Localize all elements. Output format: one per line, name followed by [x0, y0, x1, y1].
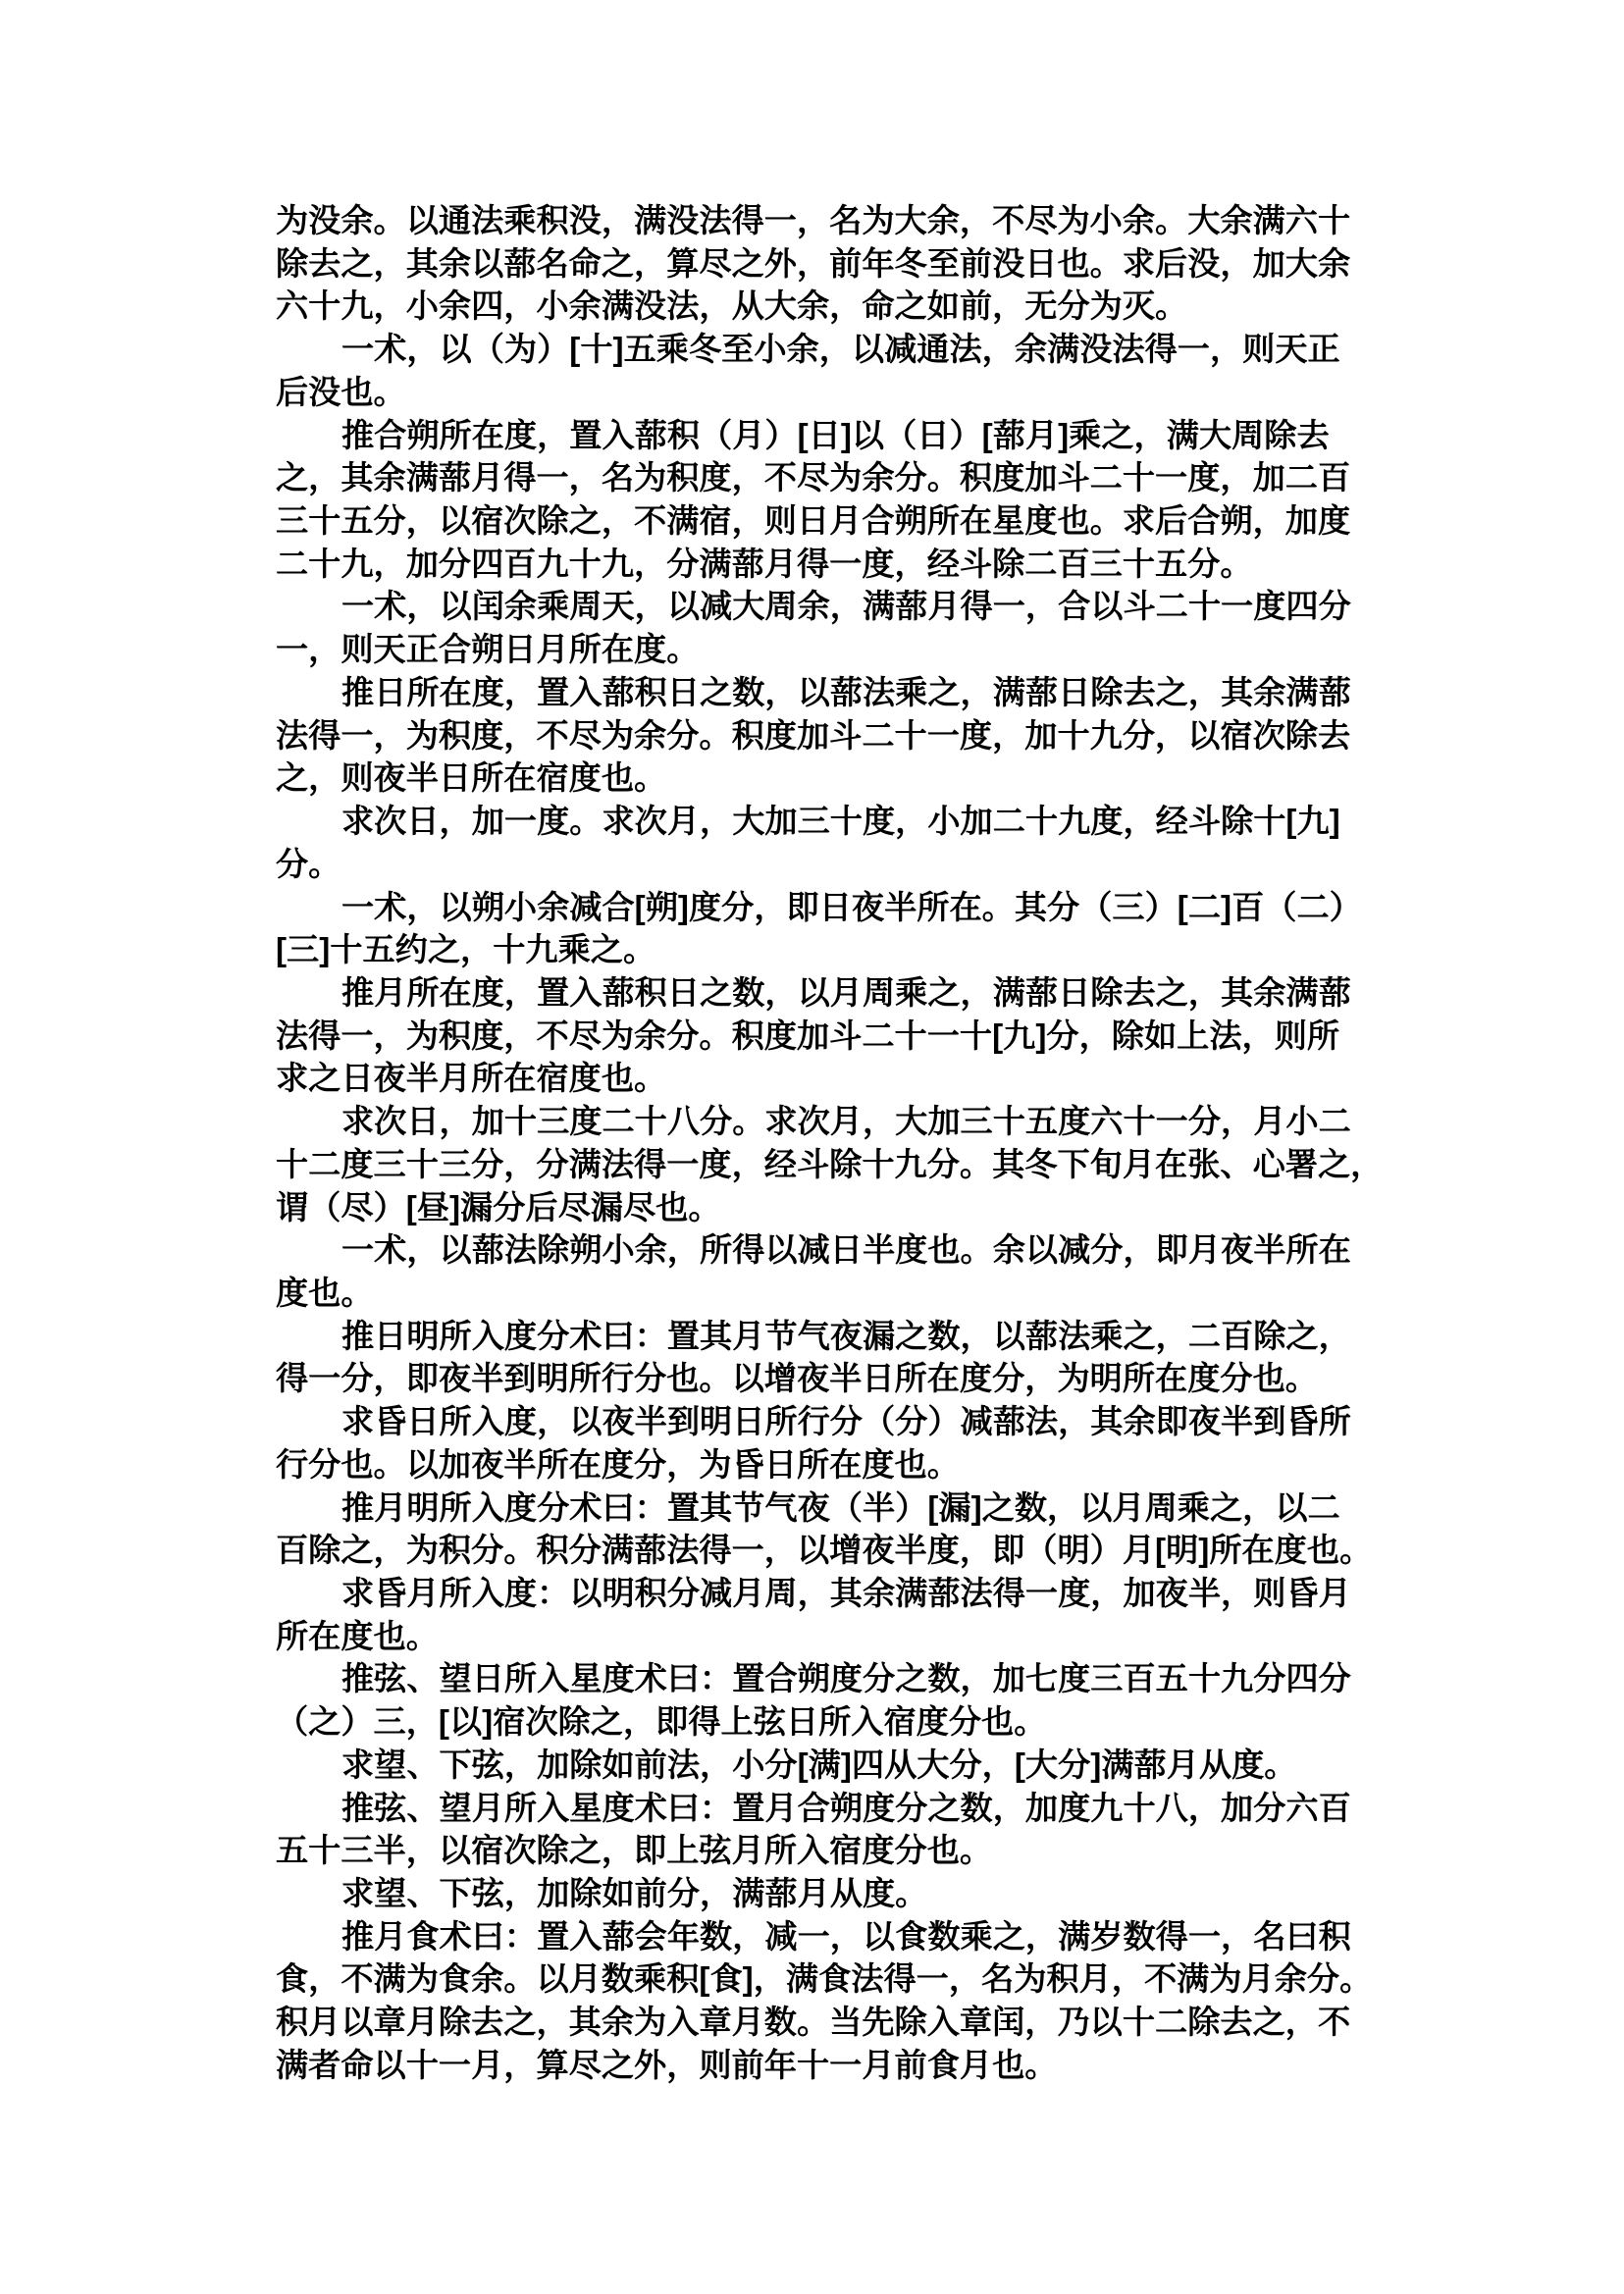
text-line: 分。	[276, 844, 1355, 887]
text-line: 一术，以（为）[十]五乘冬至小余，以减通法，余满没法得一，则天正	[276, 329, 1355, 372]
text-line: 五十三半，以宿次除之，即上弦月所入宿度分也。	[276, 1830, 1355, 1873]
text-line: 一术，以蔀法除朔小余，所得以减日半度也。余以减分，即月夜半所在	[276, 1229, 1355, 1273]
document-page: 为没余。以通法乘积没，满没法得一，名为大余，不尽为小余。大余满六十除去之，其余以…	[0, 0, 1624, 2294]
text-line: [三]十五约之，十九乘之。	[276, 929, 1355, 972]
text-line: 求次日，加十三度二十八分。求次月，大加三十五度六十一分，月小二	[276, 1101, 1355, 1144]
text-line: 法得一，为积度，不尽为余分。积度加斗二十一十[九]分，除如上法，则所	[276, 1016, 1355, 1059]
text-line: 推合朔所在度，置入蔀积（月）[日]以（日）[蔀月]乘之，满大周除去	[276, 415, 1355, 458]
text-line: 一术，以朔小余减合[朔]度分，即日夜半所在。其分（三）[二]百（二）	[276, 887, 1355, 930]
text-line: 为没余。以通法乘积没，满没法得一，名为大余，不尽为小余。大余满六十	[276, 200, 1355, 243]
text-line: 求望、下弦，加除如前法，小分[满]四从大分，[大分]满蔀月从度。	[276, 1745, 1355, 1788]
text-line: 所在度也。	[276, 1616, 1355, 1659]
text-line: 一，则天正合朔日月所在度。	[276, 629, 1355, 672]
text-line: 积月以章月除去之，其余为入章月数。当先除入章闰，乃以十二除去之，不	[276, 2002, 1355, 2045]
text-line: 后没也。	[276, 372, 1355, 415]
text-line: 推月食术曰：置入蔀会年数，减一，以食数乘之，满岁数得一，名曰积	[276, 1916, 1355, 1959]
text-line: 三十五分，以宿次除之，不满宿，则日月合朔所在星度也。求后合朔，加度	[276, 500, 1355, 544]
text-line: 得一分，即夜半到明所行分也。以增夜半日所在度分，为明所在度分也。	[276, 1358, 1355, 1401]
text-line: 度也。	[276, 1273, 1355, 1316]
text-line: 求昏日所入度，以夜半到明日所行分（分）减蔀法，其余即夜半到昏所	[276, 1401, 1355, 1444]
text-line: 六十九，小余四，小余满没法，从大余，命之如前，无分为灭。	[276, 286, 1355, 329]
text-line: 一术，以闰余乘周天，以减大周余，满蔀月得一，合以斗二十一度四分	[276, 586, 1355, 629]
text-line: 法得一，为积度，不尽为余分。积度加斗二十一度，加十九分，以宿次除去	[276, 715, 1355, 758]
text-line: 二十九，加分四百九十九，分满蔀月得一度，经斗除二百三十五分。	[276, 544, 1355, 587]
text-line: 除去之，其余以蔀名命之，算尽之外，前年冬至前没日也。求后没，加大余	[276, 243, 1355, 287]
text-line: 求之日夜半月所在宿度也。	[276, 1058, 1355, 1101]
text-line: 推月明所入度分术曰：置其节气夜（半）[漏]之数，以月周乘之，以二	[276, 1487, 1355, 1531]
text-line: 推日所在度，置入蔀积日之数，以蔀法乘之，满蔀日除去之，其余满蔀	[276, 672, 1355, 715]
text-line: 十二度三十三分，分满法得一度，经斗除十九分。其冬下旬月在张、心署之，	[276, 1144, 1355, 1187]
text-line: 求望、下弦，加除如前分，满蔀月从度。	[276, 1873, 1355, 1916]
text-line: 推弦、望月所入星度术曰：置月合朔度分之数，加度九十八，加分六百	[276, 1788, 1355, 1831]
text-line: 行分也。以加夜半所在度分，为昏日所在度也。	[276, 1444, 1355, 1487]
text-line: 推月所在度，置入蔀积日之数，以月周乘之，满蔀日除去之，其余满蔀	[276, 972, 1355, 1016]
text-line: 推日明所入度分术曰：置其月节气夜漏之数，以蔀法乘之，二百除之，	[276, 1316, 1355, 1359]
text-line: （之）三，[以]宿次除之，即得上弦日所入宿度分也。	[276, 1701, 1355, 1745]
text-block: 为没余。以通法乘积没，满没法得一，名为大余，不尽为小余。大余满六十除去之，其余以…	[276, 200, 1355, 2088]
text-line: 求昏月所入度：以明积分减月周，其余满蔀法得一度，加夜半，则昏月	[276, 1573, 1355, 1616]
text-line: 之，其余满蔀月得一，名为积度，不尽为余分。积度加斗二十一度，加二百	[276, 457, 1355, 500]
text-line: 食，不满为食余。以月数乘积[食]，满食法得一，名为积月，不满为月余分。	[276, 1958, 1355, 2002]
text-line: 满者命以十一月，算尽之外，则前年十一月前食月也。	[276, 2045, 1355, 2088]
text-line: 谓（尽）[昼]漏分后尽漏尽也。	[276, 1187, 1355, 1230]
text-line: 百除之，为积分。积分满蔀法得一，以增夜半度，即（明）月[明]所在度也。	[276, 1530, 1355, 1573]
text-line: 求次日，加一度。求次月，大加三十度，小加二十九度，经斗除十[九]	[276, 801, 1355, 844]
text-line: 推弦、望日所入星度术曰：置合朔度分之数，加七度三百五十九分四分	[276, 1658, 1355, 1701]
text-line: 之，则夜半日所在宿度也。	[276, 757, 1355, 801]
